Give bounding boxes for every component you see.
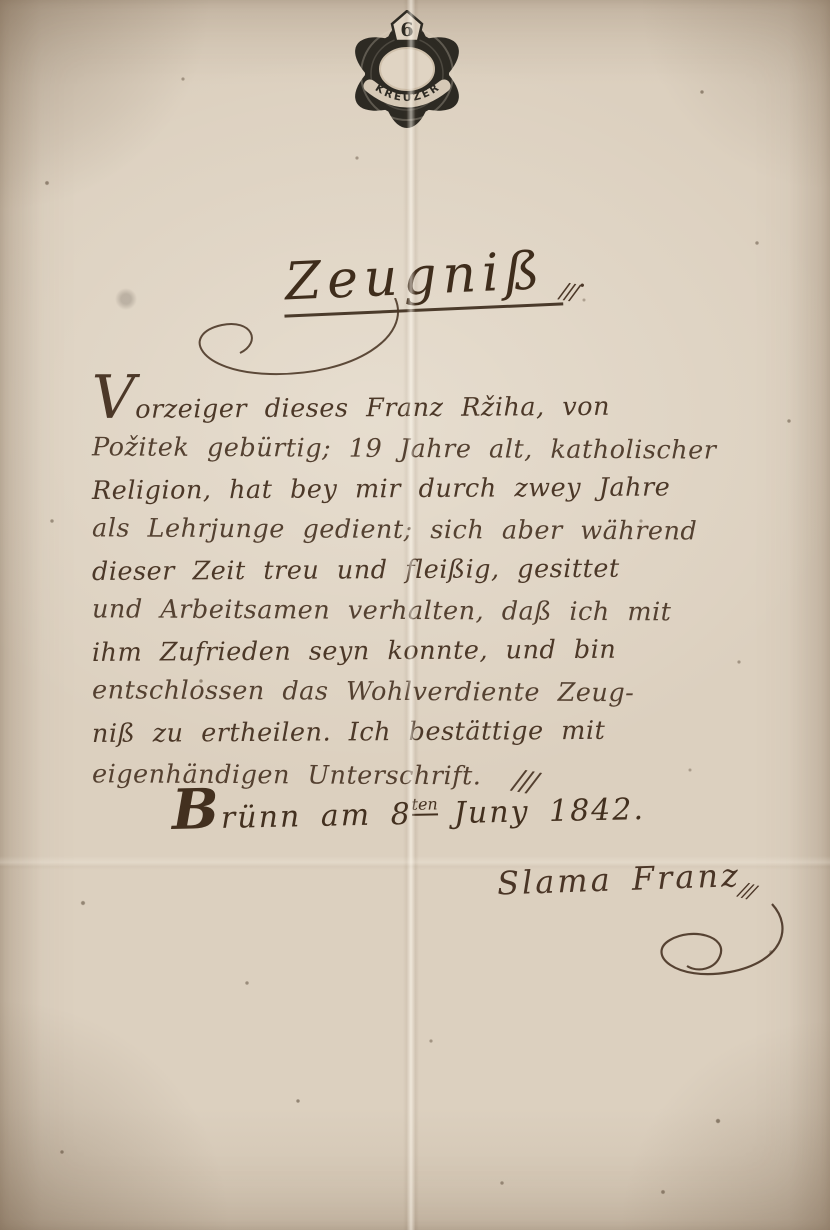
revenue-stamp-icon: 6 KREUZER: [342, 10, 472, 138]
dateline-ordinal-suffix: ten: [411, 794, 438, 816]
body-line: niß zu ertheilen. Ich bestättige mit: [92, 715, 732, 759]
stamp-center-oval: [380, 48, 434, 90]
title-period: .: [577, 263, 587, 293]
body-line: als Lehrjunge gedient; sich aber während: [92, 513, 732, 557]
stamp-value-text: 6: [400, 19, 413, 41]
body-line: dieser Zeit treu und fleißig, gesittet: [92, 553, 732, 597]
title-paraph-flourish: ///: [558, 279, 578, 306]
body-line: Požitek gebürtig; 19 Jahre alt, katholis…: [92, 432, 732, 476]
body-line: Vorzeiger dieses Franz Ržiha, von: [92, 391, 732, 435]
dateline-month-year: Juny 1842.: [454, 792, 646, 831]
body-line-text: eigenhändigen Unterschrift.: [92, 759, 482, 791]
signature-tail-flourish-icon: [630, 898, 810, 993]
signature-name: Slama Franz: [496, 856, 741, 902]
document-title: Zeugniß: [282, 240, 563, 317]
document-page: 6 KREUZER Zeugniß///. Vorzeiger dieses F…: [0, 0, 830, 1230]
body-line: Religion, hat bey mir durch zwey Jahre: [92, 472, 732, 516]
body-line: ihm Zufrieden seyn konnte, und bin: [92, 634, 732, 678]
document-title-row: Zeugniß///.: [282, 239, 588, 317]
dateline-place-day: Brünn am 8: [172, 797, 412, 837]
signature: Slama Franz///: [496, 855, 757, 902]
body-text: Vorzeiger dieses Franz Ržiha, von Požite…: [92, 393, 732, 798]
body-line: entschlossen das Wohlverdiente Zeug-: [92, 675, 732, 719]
body-line: und Arbeitsamen verhalten, daß ich mit: [92, 594, 732, 638]
